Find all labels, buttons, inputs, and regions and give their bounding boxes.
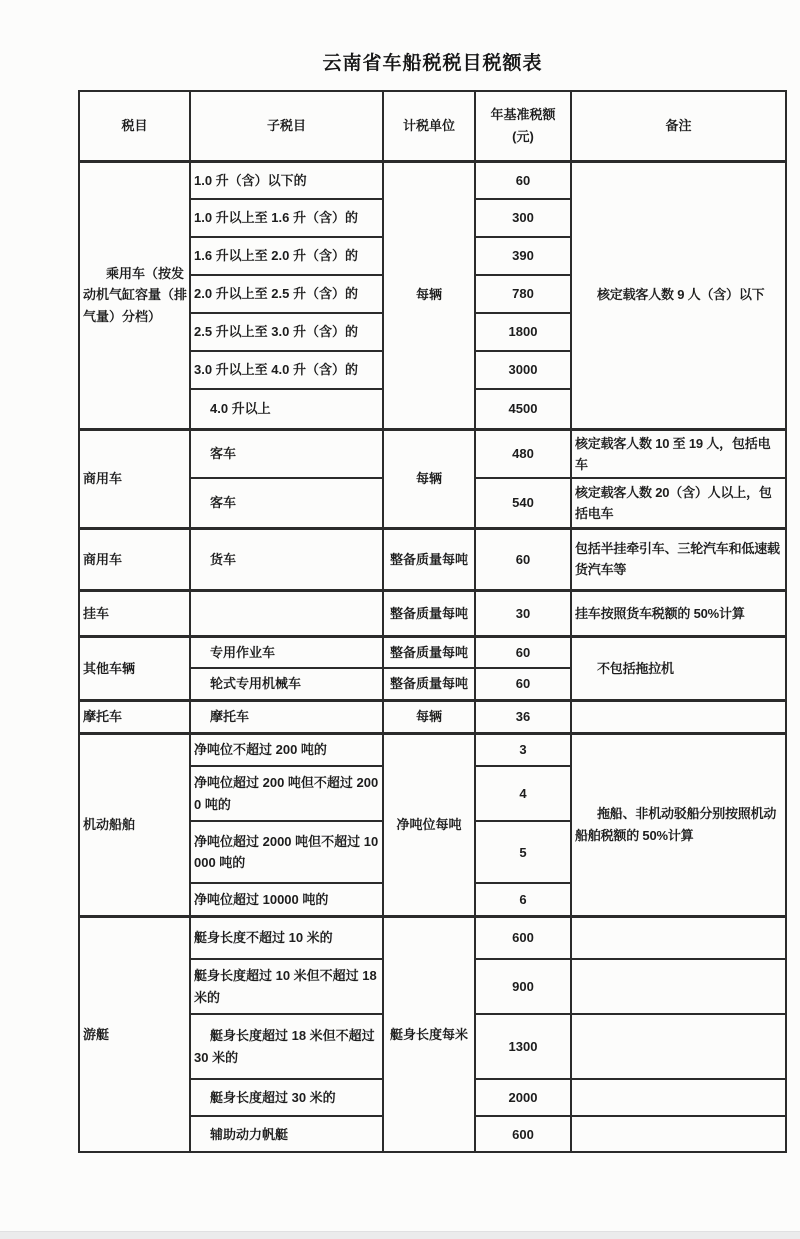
- amount-cell: 1300: [475, 1014, 571, 1079]
- remark-cell: [571, 1014, 786, 1079]
- table-header-row: 税目 子税目 计税单位 年基准税额 (元) 备注: [79, 91, 786, 161]
- sub-item-cell: 货车: [190, 528, 383, 590]
- sub-item-cell: 3.0 升以上至 4.0 升（含）的: [190, 351, 383, 389]
- remark-cell: [571, 1079, 786, 1116]
- remark-cell: 不包括拖拉机: [571, 636, 786, 700]
- column-header-amount-line2: (元): [479, 126, 567, 147]
- sub-item-cell: 摩托车: [190, 700, 383, 733]
- amount-cell: 60: [475, 528, 571, 590]
- remark-cell: 核定载客人数 20（含）人以上，包括电车: [571, 478, 786, 528]
- sub-item-cell: 净吨位不超过 200 吨的: [190, 733, 383, 766]
- remark-cell: 核定载客人数 10 至 19 人，包括电车: [571, 429, 786, 478]
- tax-item-cell: 其他车辆: [79, 636, 190, 700]
- sub-item-cell: 艇身长度不超过 10 米的: [190, 916, 383, 959]
- sub-item-cell: 艇身长度超过 30 米的: [190, 1079, 383, 1116]
- table-row: 商用车 货车 整备质量每吨 60 包括半挂牵引车、三轮汽车和低速载货汽车等: [79, 528, 786, 590]
- table-row: 游艇 艇身长度不超过 10 米的 艇身长度每米 600: [79, 916, 786, 959]
- tax-unit-cell: 净吨位每吨: [383, 733, 475, 916]
- amount-cell: 780: [475, 275, 571, 313]
- tax-item-cell: 摩托车: [79, 700, 190, 733]
- table-row: 其他车辆 专用作业车 整备质量每吨 60 不包括拖拉机: [79, 636, 786, 668]
- amount-cell: 300: [475, 199, 571, 237]
- amount-cell: 2000: [475, 1079, 571, 1116]
- tax-item-cell: 商用车: [79, 429, 190, 528]
- sub-item-cell: 1.0 升以上至 1.6 升（含）的: [190, 199, 383, 237]
- column-header-amount-line1: 年基准税额: [479, 104, 567, 125]
- tax-item-cell: 挂车: [79, 590, 190, 636]
- remark-cell: [571, 700, 786, 733]
- sub-item-cell: 轮式专用机械车: [190, 668, 383, 700]
- amount-cell: 60: [475, 668, 571, 700]
- page-bottom-edge: [0, 1231, 800, 1239]
- tax-unit-cell: 整备质量每吨: [383, 636, 475, 668]
- tax-item-cell: 机动船舶: [79, 733, 190, 916]
- amount-cell: 480: [475, 429, 571, 478]
- tax-unit-cell: 艇身长度每米: [383, 916, 475, 1152]
- column-header-unit: 计税单位: [383, 91, 475, 161]
- sub-item-cell: 净吨位超过 10000 吨的: [190, 883, 383, 916]
- column-header-amount: 年基准税额 (元): [475, 91, 571, 161]
- sub-item-cell: 专用作业车: [190, 636, 383, 668]
- tax-item-cell: 商用车: [79, 528, 190, 590]
- tax-unit-cell: 每辆: [383, 700, 475, 733]
- tax-rate-table: 税目 子税目 计税单位 年基准税额 (元) 备注 乘用车（按发动机气缸容量（排气…: [78, 90, 787, 1153]
- remark-cell: 核定载客人数 9 人（含）以下: [571, 161, 786, 429]
- tax-item-cell: 乘用车（按发动机气缸容量（排气量）分档）: [79, 161, 190, 429]
- table-row: 乘用车（按发动机气缸容量（排气量）分档） 1.0 升（含）以下的 每辆 60 核…: [79, 161, 786, 199]
- remark-cell: [571, 959, 786, 1014]
- sub-item-cell: 2.0 升以上至 2.5 升（含）的: [190, 275, 383, 313]
- sub-item-cell: 4.0 升以上: [190, 389, 383, 429]
- remark-cell: 挂车按照货车税额的 50%计算: [571, 590, 786, 636]
- remark-cell: [571, 1116, 786, 1152]
- tax-unit-cell: 整备质量每吨: [383, 590, 475, 636]
- amount-cell: 30: [475, 590, 571, 636]
- table-row: 机动船舶 净吨位不超过 200 吨的 净吨位每吨 3 拖船、非机动驳船分别按照机…: [79, 733, 786, 766]
- page-title: 云南省车船税税目税额表: [78, 48, 787, 75]
- sub-item-cell: 1.6 升以上至 2.0 升（含）的: [190, 237, 383, 275]
- column-header-tax-item: 税目: [79, 91, 190, 161]
- tax-unit-cell: 每辆: [383, 429, 475, 528]
- tax-unit-cell: 每辆: [383, 161, 475, 429]
- amount-cell: 390: [475, 237, 571, 275]
- amount-cell: 5: [475, 821, 571, 883]
- column-header-remark: 备注: [571, 91, 786, 161]
- remark-cell: 包括半挂牵引车、三轮汽车和低速载货汽车等: [571, 528, 786, 590]
- sub-item-cell: 1.0 升（含）以下的: [190, 161, 383, 199]
- remark-cell: [571, 916, 786, 959]
- tax-unit-cell: 整备质量每吨: [383, 528, 475, 590]
- sub-item-cell: 客车: [190, 478, 383, 528]
- table-row: 挂车 整备质量每吨 30 挂车按照货车税额的 50%计算: [79, 590, 786, 636]
- amount-cell: 3: [475, 733, 571, 766]
- amount-cell: 36: [475, 700, 571, 733]
- sub-item-cell: 辅助动力帆艇: [190, 1116, 383, 1152]
- amount-cell: 600: [475, 916, 571, 959]
- column-header-sub-item: 子税目: [190, 91, 383, 161]
- sub-item-cell: 净吨位超过 2000 吨但不超过 10000 吨的: [190, 821, 383, 883]
- sub-item-cell: 2.5 升以上至 3.0 升（含）的: [190, 313, 383, 351]
- document-page: 云南省车船税税目税额表 税目 子税目 计税单位 年基准税额 (元) 备注 乘用车…: [78, 0, 787, 1153]
- amount-cell: 1800: [475, 313, 571, 351]
- amount-cell: 540: [475, 478, 571, 528]
- sub-item-cell: 净吨位超过 200 吨但不超过 2000 吨的: [190, 766, 383, 821]
- sub-item-cell: 艇身长度超过 10 米但不超过 18 米的: [190, 959, 383, 1014]
- amount-cell: 600: [475, 1116, 571, 1152]
- amount-cell: 900: [475, 959, 571, 1014]
- tax-item-cell: 游艇: [79, 916, 190, 1152]
- amount-cell: 3000: [475, 351, 571, 389]
- amount-cell: 4500: [475, 389, 571, 429]
- amount-cell: 60: [475, 636, 571, 668]
- tax-unit-cell: 整备质量每吨: [383, 668, 475, 700]
- table-row: 摩托车 摩托车 每辆 36: [79, 700, 786, 733]
- amount-cell: 4: [475, 766, 571, 821]
- sub-item-cell: 艇身长度超过 18 米但不超过 30 米的: [190, 1014, 383, 1079]
- remark-cell: 拖船、非机动驳船分别按照机动船舶税额的 50%计算: [571, 733, 786, 916]
- sub-item-cell: 客车: [190, 429, 383, 478]
- amount-cell: 60: [475, 161, 571, 199]
- sub-item-cell: [190, 590, 383, 636]
- amount-cell: 6: [475, 883, 571, 916]
- table-row: 商用车 客车 每辆 480 核定载客人数 10 至 19 人，包括电车: [79, 429, 786, 478]
